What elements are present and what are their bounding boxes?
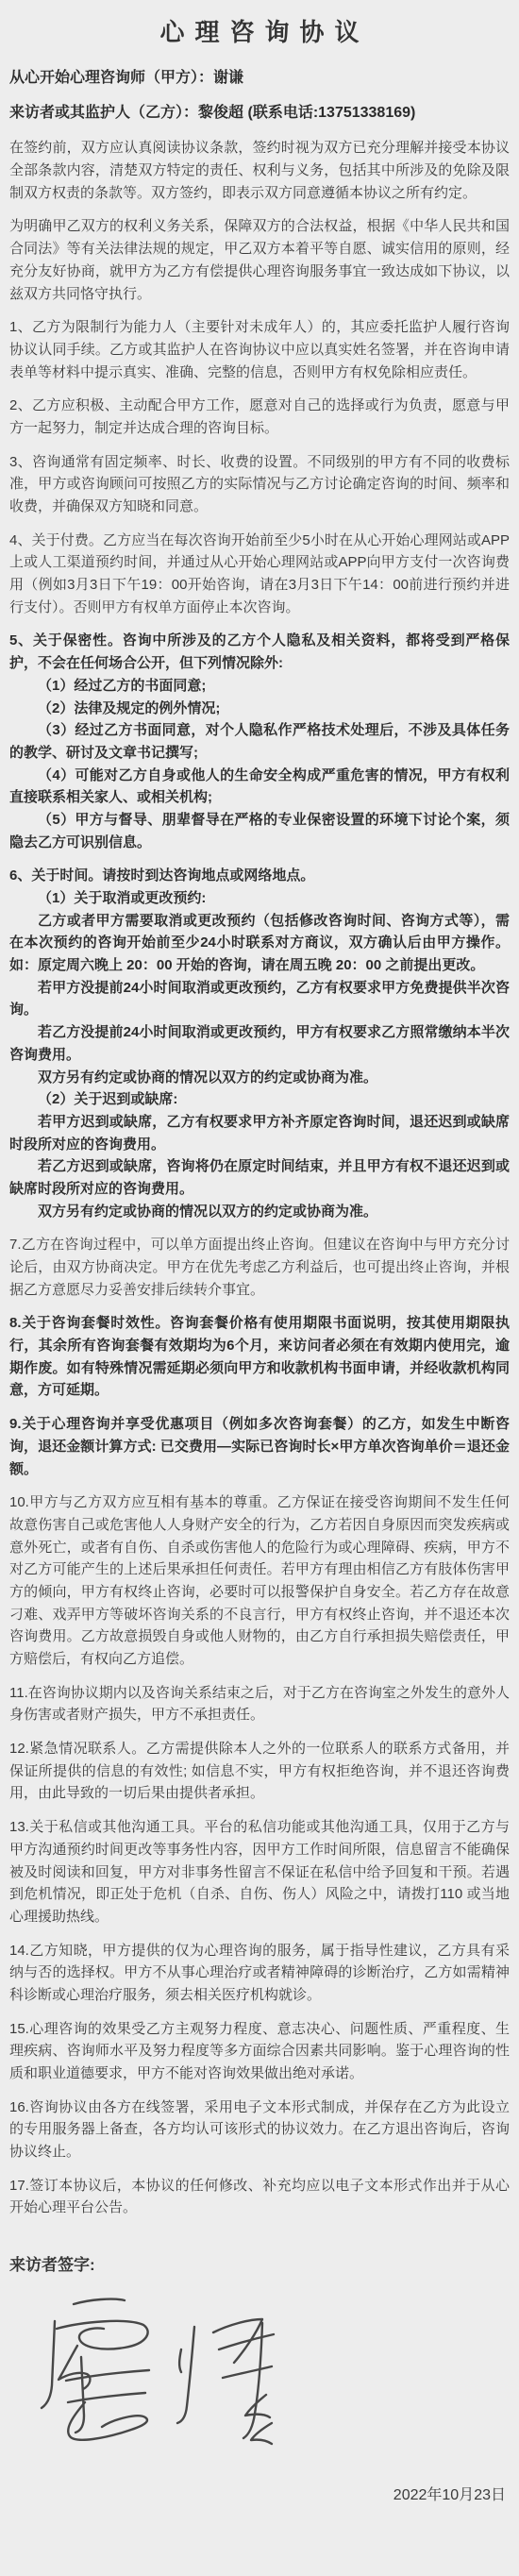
- agreement-paragraph: 3、咨询通常有固定频率、时长、收费的设置。不同级别的甲方有不同的收费标准，甲方或…: [9, 451, 510, 518]
- handwritten-signature: [19, 2291, 302, 2466]
- agreement-paragraph: （2）法律及规定的例外情况;: [9, 698, 510, 720]
- agreement-paragraph: 17.签订本协议后，本协议的任何修改、补充均应以电子文本形式作出并于从心开始心理…: [9, 2175, 510, 2219]
- agreement-paragraph: 在签约前，双方应认真阅读协议条款，签约时视为双方已充分理解并接受本协议全部条款内…: [9, 137, 510, 204]
- agreement-paragraph: 12.紧急情况联系人。乙方需提供除本人之外的一位联系人的联系方式备用，并保证所提…: [9, 1738, 510, 1805]
- counselor-name: 谢谦: [213, 70, 243, 86]
- agreement-paragraph: 13.关于私信或其他沟通工具。平台的私信功能或其他沟通工具，仅用于乙方与甲方沟通…: [9, 1816, 510, 1928]
- agreement-paragraph: （1）关于取消或更改预约:: [9, 887, 510, 910]
- agreement-paragraph: 为明确甲乙双方的权利义务关系，保障双方的合法权益，根据《中华人民共和国合同法》等…: [9, 215, 510, 305]
- agreement-body: 在签约前，双方应认真阅读协议条款，签约时视为双方已充分理解并接受本协议全部条款内…: [9, 137, 510, 2219]
- agreement-paragraph: 若乙方迟到或缺席，咨询将仍在原定时间结束，并且甲方有权不退还迟到或缺席时段所对应…: [9, 1155, 510, 1200]
- agreement-paragraph: 若甲方没提前24小时间取消或更改预约，乙方有权要求甲方免费提供半次咨询。: [9, 977, 510, 1021]
- agreement-paragraph: 乙方或者甲方需要取消或更改预约（包括修改咨询时间、咨询方式等），需在本次预约的咨…: [9, 910, 510, 977]
- page-title: 心理咨询协议: [9, 13, 510, 48]
- agreement-paragraph: （5）甲方与督导、朋辈督导在严格的专业保密设置的环境下讨论个案，须隐去乙方可识别…: [9, 809, 510, 853]
- agreement-paragraph: 双方另有约定或协商的情况以双方的约定或协商为准。: [9, 1067, 510, 1089]
- agreement-paragraph: 双方另有约定或协商的情况以双方的约定或协商为准。: [9, 1201, 510, 1223]
- agreement-paragraph: 14.乙方知晓，甲方提供的仅为心理咨询的服务，属于指导性建议，乙方具有采纳与否的…: [9, 1940, 510, 2007]
- agreement-paragraph: 11.在咨询协议期内以及咨询关系结束之后，对于乙方在咨询室之外发生的意外人身伤害…: [9, 1682, 510, 1726]
- agreement-paragraph: （4）可能对乙方自身或他人的生命安全构成严重危害的情况，甲方有权利直接联系相关家…: [9, 765, 510, 809]
- agreement-paragraph: 8.关于咨询套餐时效性。咨询套餐价格有使用期限书面说明，按其使用期限执行，其余所…: [9, 1312, 510, 1402]
- visitor-signature-label: 来访者签字:: [9, 2251, 510, 2275]
- agreement-paragraph: 若甲方迟到或缺席，乙方有权要求甲方补齐原定咨询时间，退还迟到或缺席时段所对应的咨…: [9, 1111, 510, 1155]
- agreement-paragraph: 7.乙方在咨询过程中，可以单方面提出终止咨询。但建议在咨询中与甲方充分讨论后，由…: [9, 1234, 510, 1301]
- agreement-paragraph: （2）关于迟到或缺席:: [9, 1088, 510, 1111]
- counselor-label: 从心开始心理咨询师（甲方）：: [9, 70, 213, 86]
- agreement-paragraph: 16.咨询协议由各方在线签署，采用电子文本形式制成，并保存在乙方为此设立的专用服…: [9, 2096, 510, 2164]
- agreement-paragraph: （1）经过乙方的书面同意;: [9, 675, 510, 698]
- party-line-client: 来访者或其监护人（乙方）：黎俊超 (联系电话:13751338169): [9, 102, 510, 124]
- agreement-paragraph: 1、乙方为限制行为能力人（主要针对未成年人）的，其应委托监护人履行咨询协议认同手…: [9, 316, 510, 383]
- agreement-paragraph: 若乙方没提前24小时间取消或更改预约，甲方有权要求乙方照常缴纳本半次咨询费用。: [9, 1021, 510, 1066]
- agreement-paragraph: 10.甲方与乙方双方应互相有基本的尊重。乙方保证在接受咨询期间不发生任何故意伤害…: [9, 1491, 510, 1671]
- agreement-paragraph: 6、关于时间。请按时到达咨询地点或网络地点。: [9, 865, 510, 887]
- agreement-paragraph: 15.心理咨询的效果受乙方主观努力程度、意志决心、问题性质、严重程度、生理疾病、…: [9, 2018, 510, 2085]
- agreement-paragraph: 9.关于心理咨询并享受优惠项目（例如多次咨询套餐）的乙方，如发生中断咨询，退还金…: [9, 1413, 510, 1480]
- agreement-paragraph: （3）经过乙方书面同意，对个人隐私作严格技术处理后，不涉及具体任务的教学、研讨及…: [9, 719, 510, 764]
- agreement-page: 心理咨询协议 从心开始心理咨询师（甲方）：谢谦 来访者或其监护人（乙方）：黎俊超…: [0, 0, 519, 2576]
- agreement-paragraph: 4、关于付费。乙方应当在每次咨询开始前至少5小时在从心开始心理网站或APP上或人…: [9, 530, 510, 619]
- agreement-paragraph: 2、乙方应积极、主动配合甲方工作，愿意对自己的选择或行为负责，愿意与甲方一起努力…: [9, 395, 510, 439]
- signature-scribble-icon: [19, 2291, 302, 2466]
- signature-date: 2022年10月23日: [9, 2483, 510, 2504]
- client-name: 黎俊超: [198, 105, 243, 121]
- client-label: 来访者或其监护人（乙方）：: [9, 105, 198, 121]
- agreement-paragraph: 5、关于保密性。咨询中所涉及的乙方个人隐私及相关资料，都将受到严格保护，不会在任…: [9, 630, 510, 674]
- party-line-counselor: 从心开始心理咨询师（甲方）：谢谦: [9, 67, 510, 89]
- client-phone-note: (联系电话:13751338169): [247, 105, 415, 121]
